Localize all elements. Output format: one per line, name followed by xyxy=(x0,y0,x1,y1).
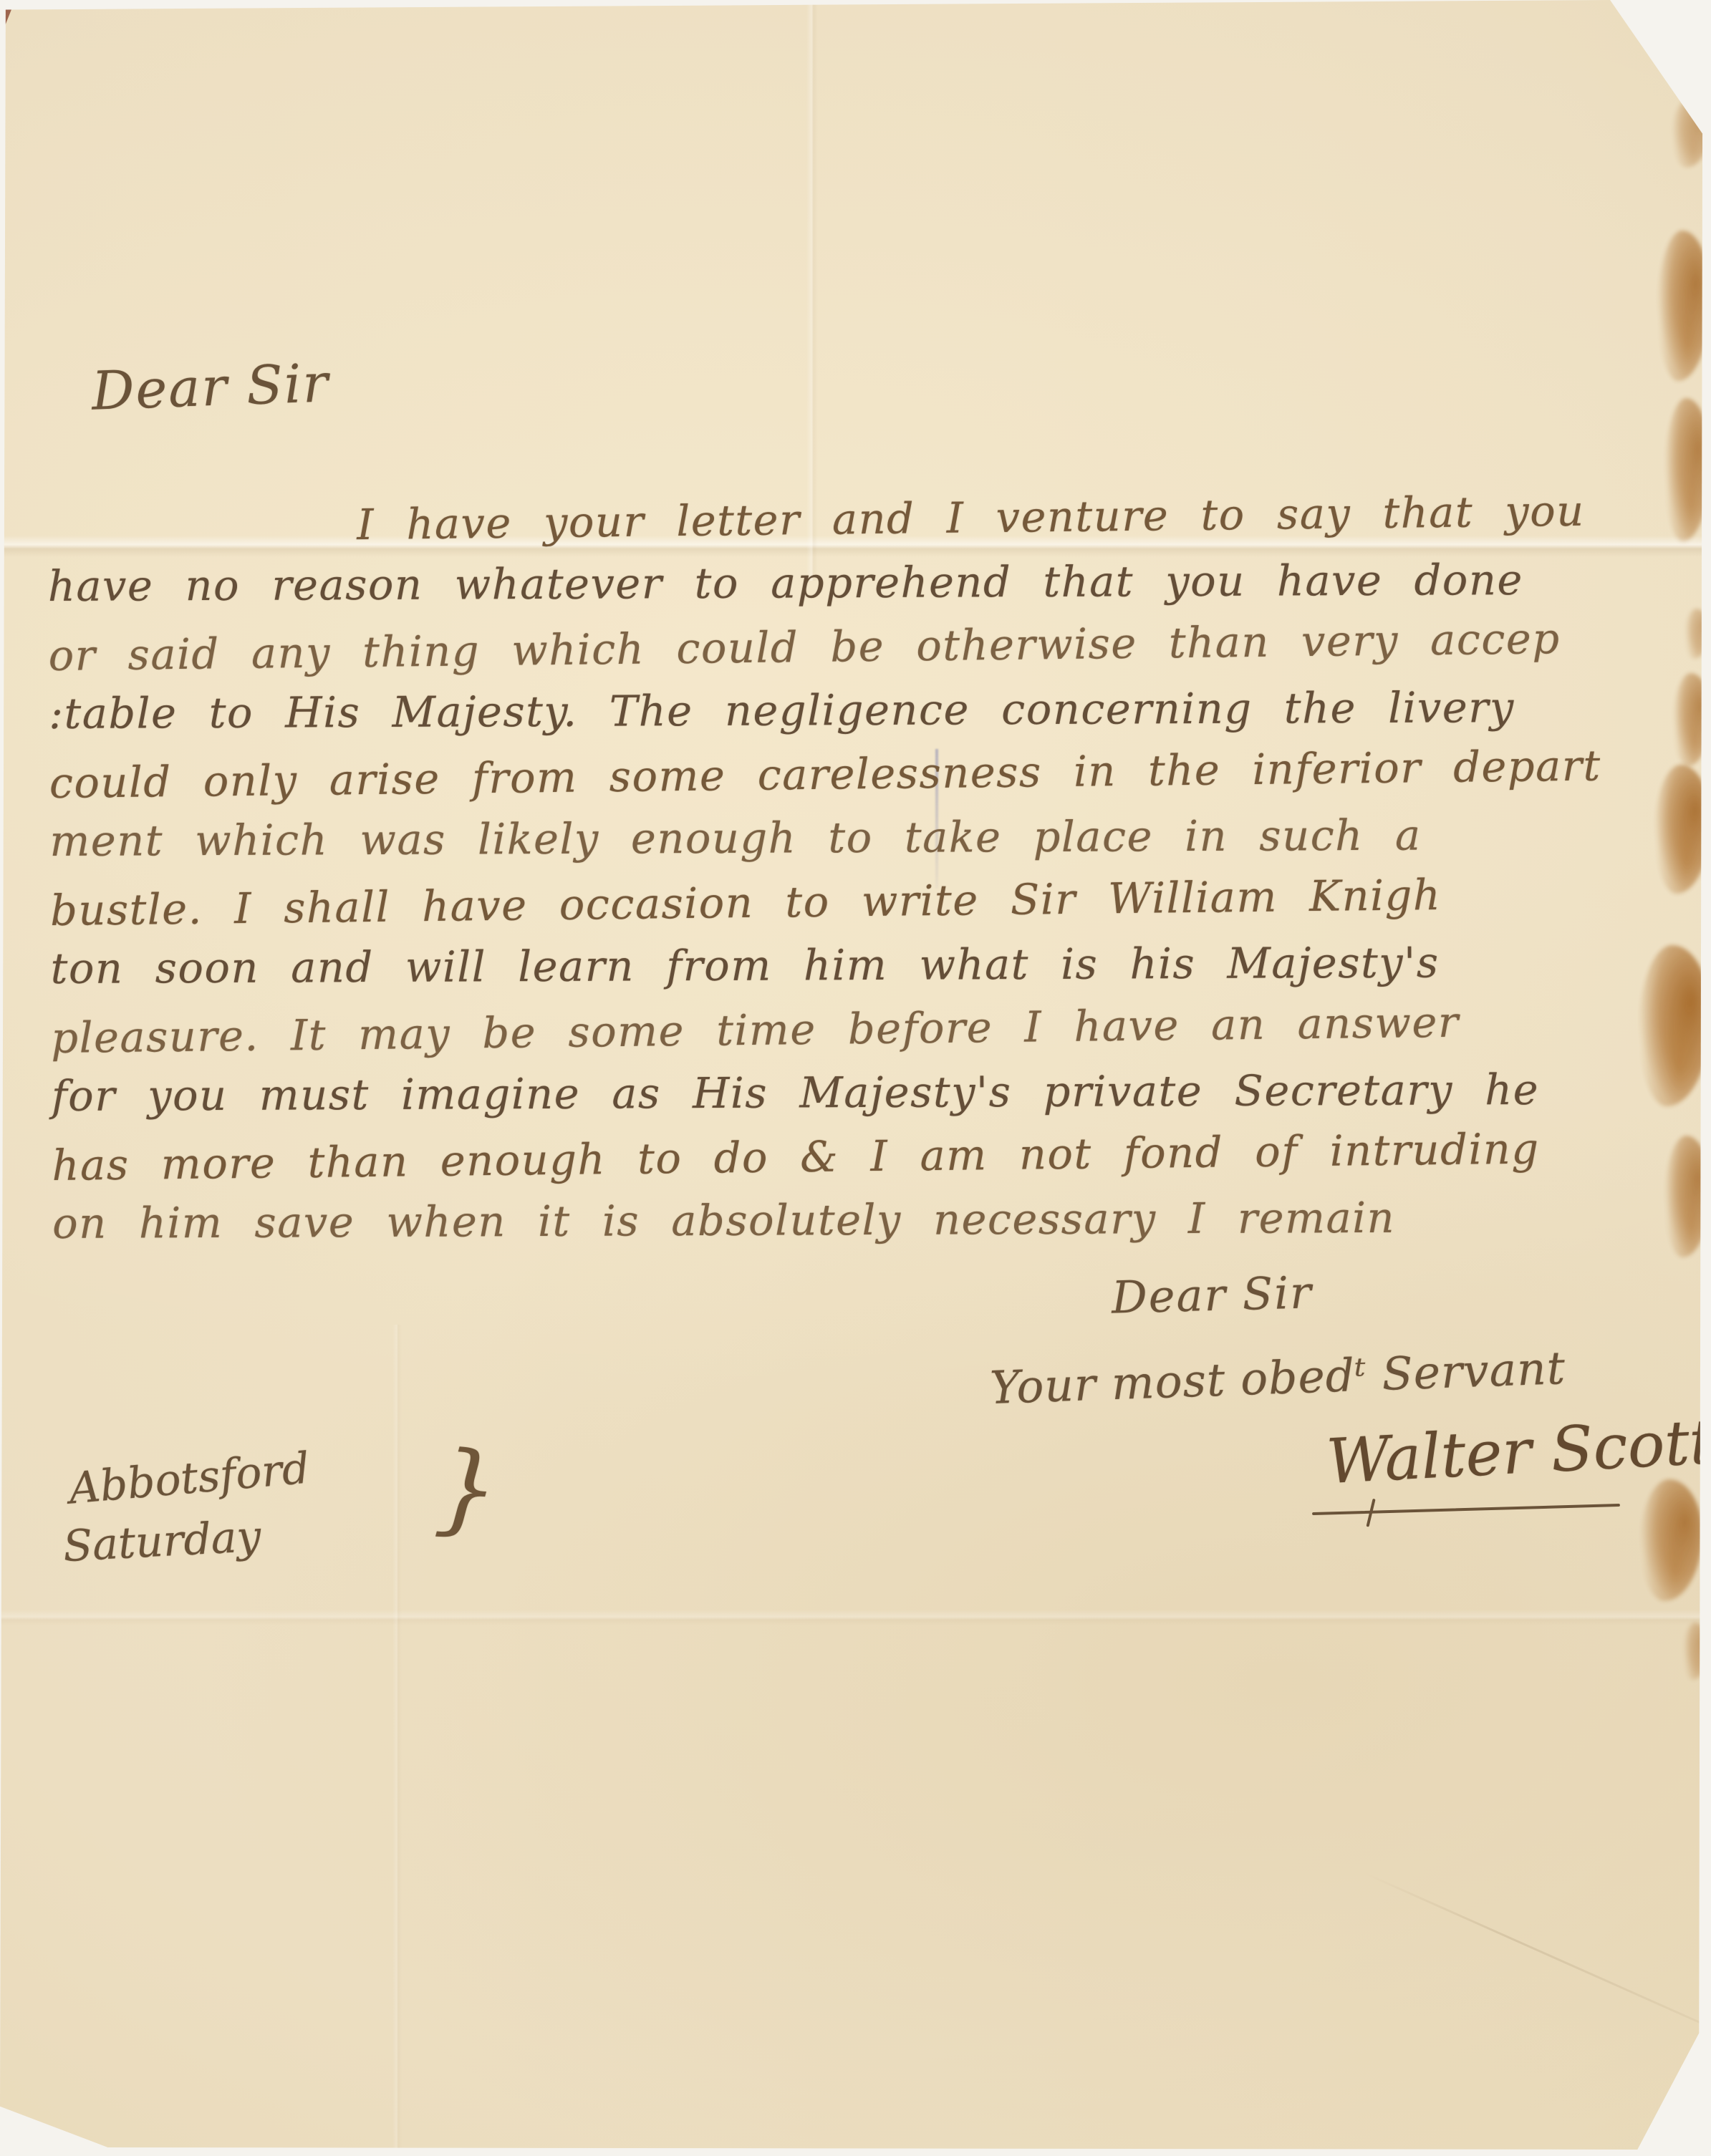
foxing-stain xyxy=(1684,1623,1708,1680)
letter-paper: Dear Sir I have your letter and I ventur… xyxy=(0,0,1711,2156)
horizontal-fold-crease xyxy=(0,1610,1711,1625)
salutation: Dear Sir xyxy=(91,352,331,422)
vertical-fold-crease xyxy=(392,1325,402,2156)
signature: Walter Scott xyxy=(1325,1406,1711,1498)
brace-flourish: } xyxy=(431,1429,502,1548)
foxing-stain xyxy=(1641,1479,1702,1601)
signature-flourish-underline xyxy=(1312,1504,1620,1515)
foxing-stain xyxy=(1658,231,1711,381)
place-line: Abbotsford xyxy=(67,1443,312,1514)
closing-salutation: Dear Sir xyxy=(1111,1266,1313,1323)
corner-wax-speck xyxy=(0,4,11,33)
diagonal-crease xyxy=(1364,1872,1711,2037)
closing-valediction: Your most obedᵗ Servant xyxy=(989,1342,1566,1414)
foxing-stain xyxy=(1672,99,1710,168)
date-line: Saturday xyxy=(62,1512,262,1572)
scanned-letter: Dear Sir I have your letter and I ventur… xyxy=(0,0,1711,2156)
letter-line: on him save when it is absolutely necess… xyxy=(52,1184,1700,1255)
letter-body: I have your letter and I venture to say … xyxy=(47,481,1700,1257)
